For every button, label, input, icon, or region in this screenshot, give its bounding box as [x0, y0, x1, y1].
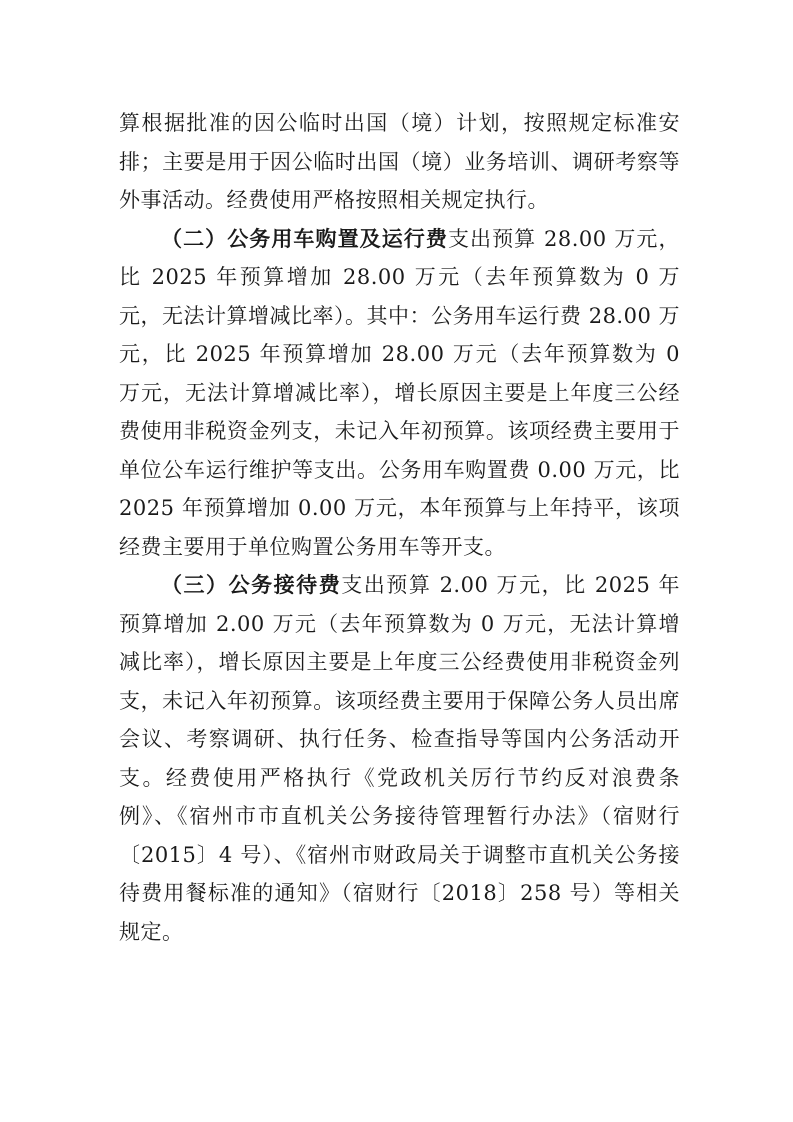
paragraph-official-vehicle-expense: （二）公务用车购置及运行费支出预算 28.00 万元，比 2025 年预算增加 …	[119, 220, 680, 567]
paragraph-text: 算根据批准的因公临时出国（境）计划，按照规定标准安排；主要是用于因公临时出国（境…	[119, 111, 680, 212]
paragraph-overseas-travel-continuation: 算根据批准的因公临时出国（境）计划，按照规定标准安排；主要是用于因公临时出国（境…	[119, 104, 680, 220]
paragraph-lead-heading: （二）公务用车购置及运行费	[161, 226, 448, 251]
paragraph-lead-heading: （三）公务接待费	[161, 572, 341, 597]
paragraph-text: 支出预算 2.00 万元，比 2025 年预算增加 2.00 万元（去年预算数为…	[119, 573, 680, 944]
paragraph-official-reception-expense: （三）公务接待费支出预算 2.00 万元，比 2025 年预算增加 2.00 万…	[119, 566, 680, 951]
document-page: 算根据批准的因公临时出国（境）计划，按照规定标准安排；主要是用于因公临时出国（境…	[0, 0, 793, 1122]
page-content: 算根据批准的因公临时出国（境）计划，按照规定标准安排；主要是用于因公临时出国（境…	[119, 104, 680, 951]
paragraph-text: 支出预算 28.00 万元，比 2025 年预算增加 28.00 万元（去年预算…	[119, 227, 680, 559]
